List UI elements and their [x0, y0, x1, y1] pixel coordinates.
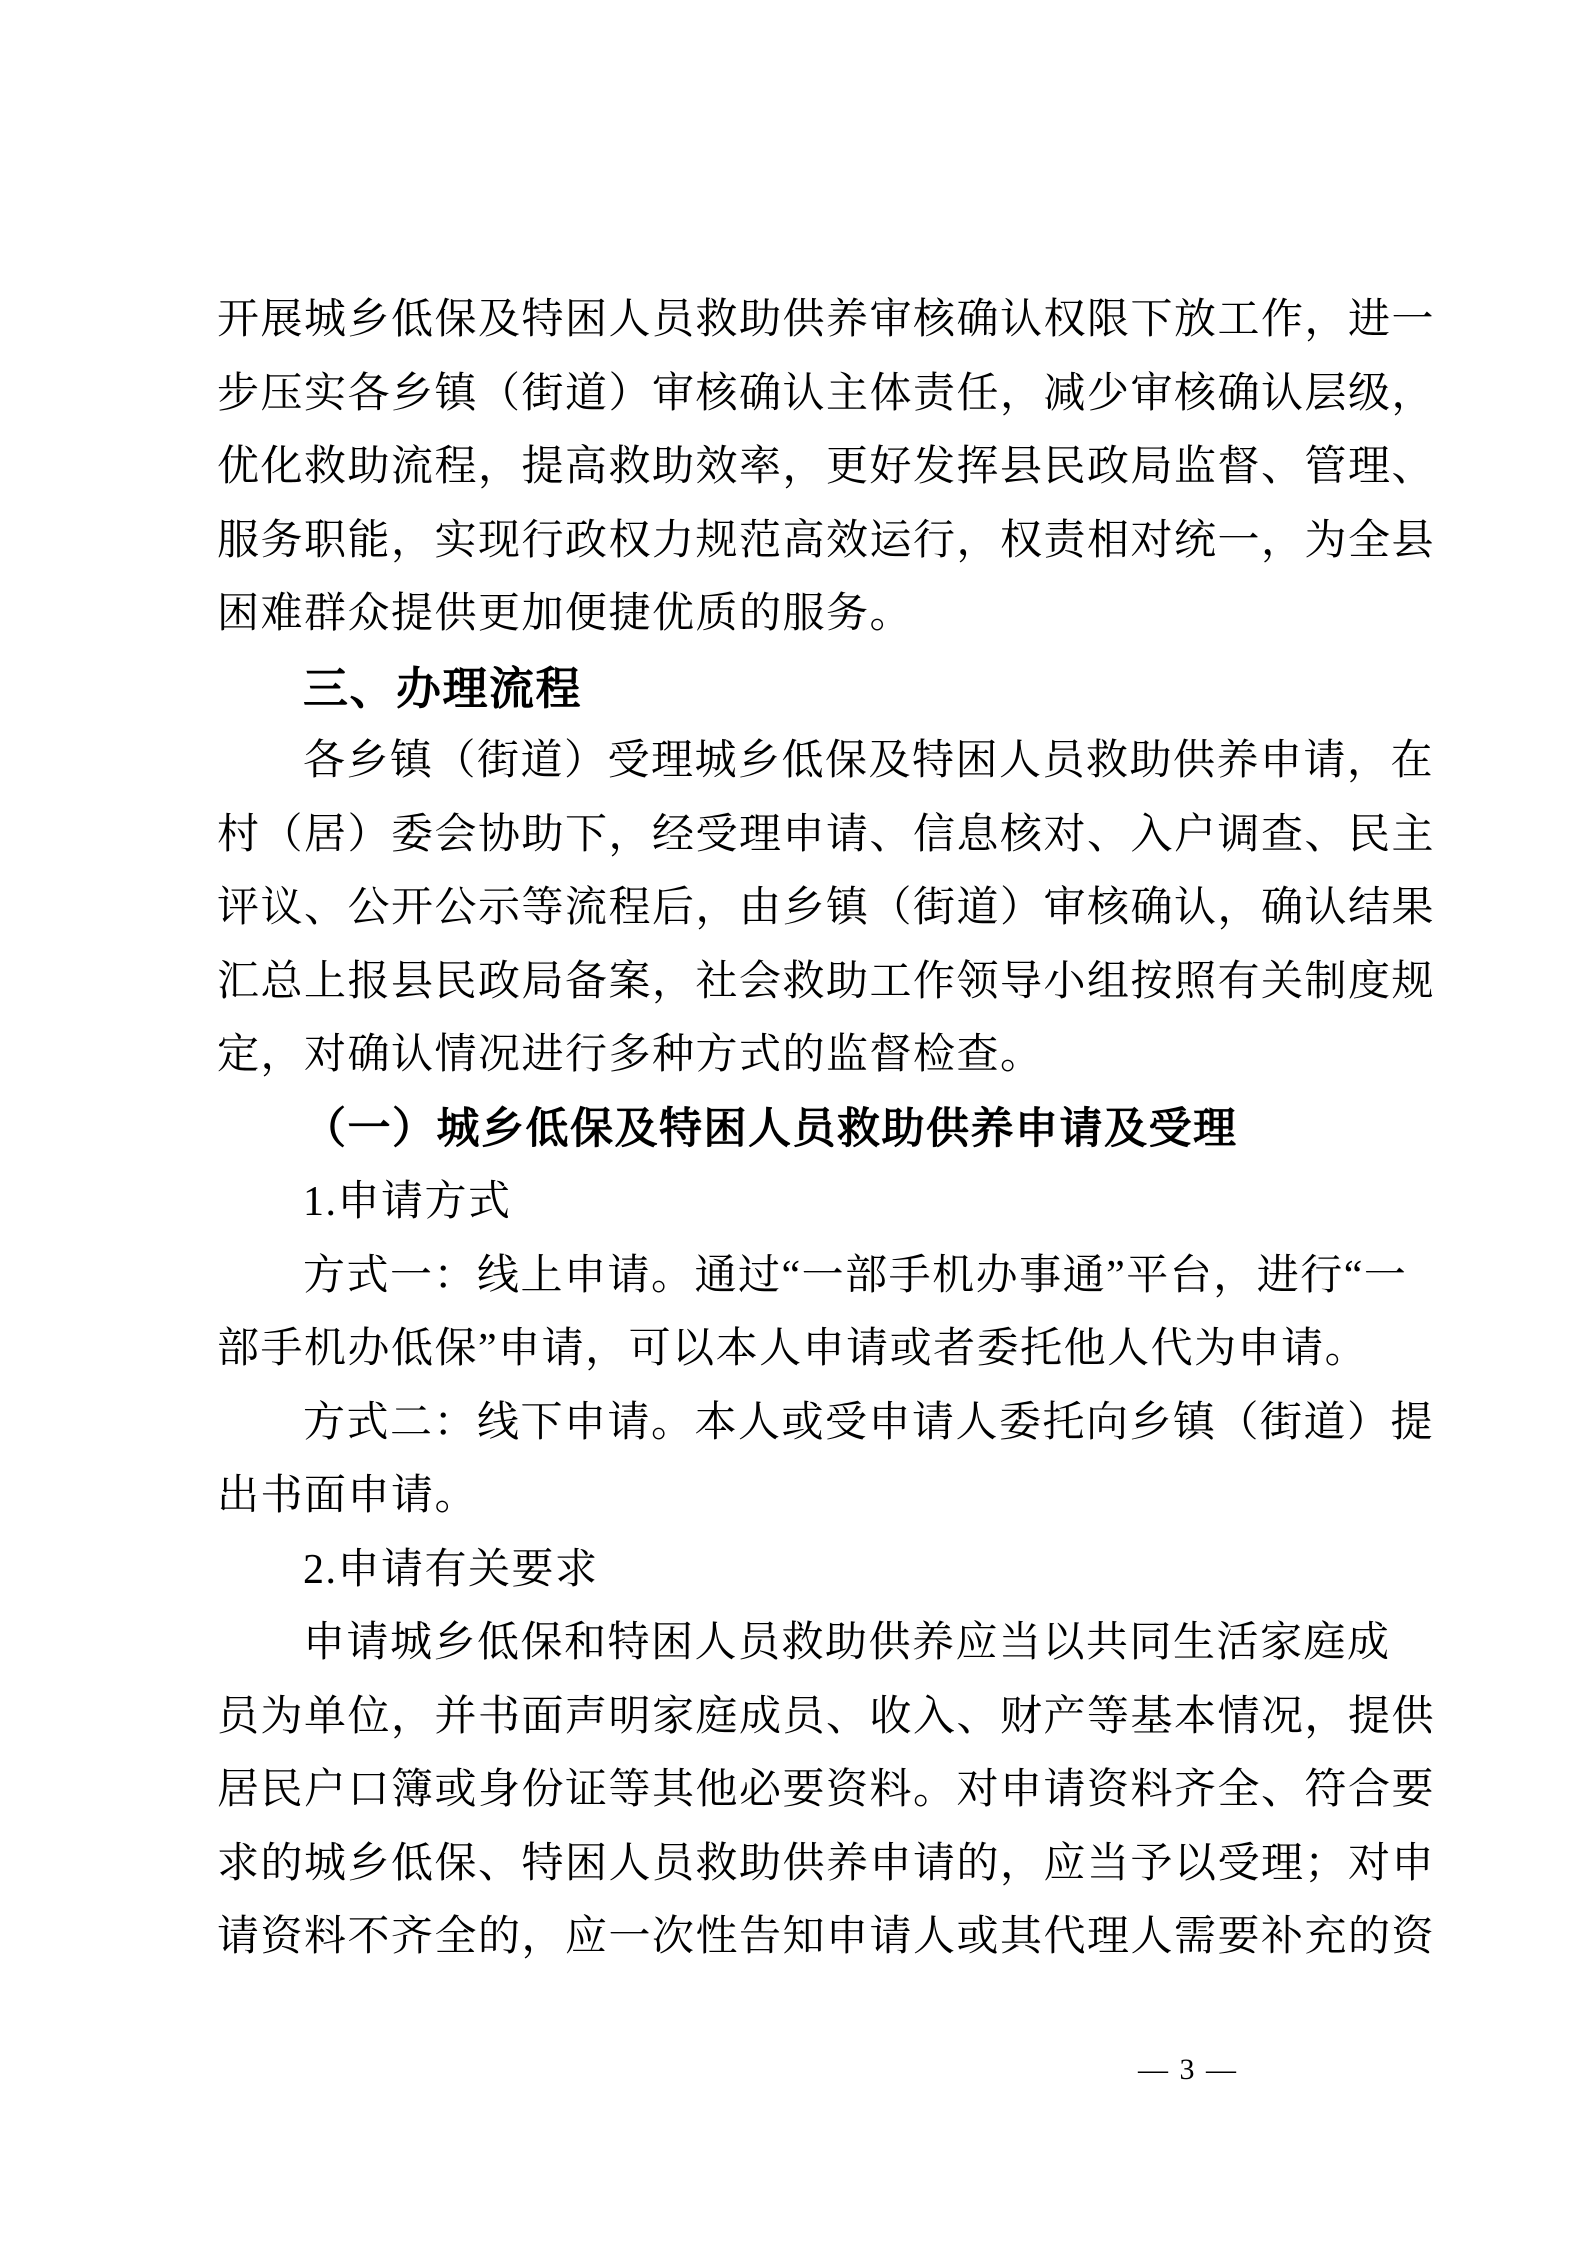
subsection-heading: （一）城乡低保及特困人员救助供养申请及受理 — [217, 1093, 1402, 1167]
paragraph-line: 评议、公开公示等流程后，由乡镇（街道）审核确认，确认结果 — [217, 872, 1402, 946]
paragraph-line: 各乡镇（街道）受理城乡低保及特困人员救助供养申请，在 — [217, 725, 1402, 799]
paragraph-line: 方式一：线上申请。通过“一部手机办事通”平台，进行“一 — [217, 1240, 1402, 1314]
paragraph-line: 开展城乡低保及特困人员救助供养审核确认权限下放工作，进一 — [217, 284, 1402, 358]
section-heading: 三、办理流程 — [217, 652, 1402, 726]
paragraph-line: 出书面申请。 — [217, 1460, 1402, 1534]
document-page: 开展城乡低保及特困人员救助供养审核确认权限下放工作，进一 步压实各乡镇（街道）审… — [0, 0, 1587, 2245]
paragraph-line: 居民户口簿或身份证等其他必要资料。对申请资料齐全、符合要 — [217, 1754, 1402, 1828]
paragraph-line: 部手机办低保”申请，可以本人申请或者委托他人代为申请。 — [217, 1313, 1402, 1387]
paragraph-line: 求的城乡低保、特困人员救助供养申请的，应当予以受理；对申 — [217, 1828, 1402, 1902]
paragraph-line: 请资料不齐全的，应一次性告知申请人或其代理人需要补充的资 — [217, 1901, 1402, 1975]
paragraph-line: 申请城乡低保和特困人员救助供养应当以共同生活家庭成 — [217, 1607, 1402, 1681]
paragraph-line: 汇总上报县民政局备案，社会救助工作领导小组按照有关制度规 — [217, 946, 1402, 1020]
paragraph-line: 步压实各乡镇（街道）审核确认主体责任，减少审核确认层级， — [217, 358, 1402, 432]
paragraph-line: 方式二：线下申请。本人或受申请人委托向乡镇（街道）提 — [217, 1387, 1402, 1461]
document-text-block: 开展城乡低保及特困人员救助供养审核确认权限下放工作，进一 步压实各乡镇（街道）审… — [217, 284, 1402, 1975]
paragraph-line: 村（居）委会协助下，经受理申请、信息核对、入户调查、民主 — [217, 799, 1402, 873]
page-number: — 3 — — [1138, 2053, 1238, 2087]
list-item-heading: 2.申请有关要求 — [217, 1534, 1402, 1608]
paragraph-line: 定，对确认情况进行多种方式的监督检查。 — [217, 1019, 1402, 1093]
paragraph-line: 服务职能，实现行政权力规范高效运行，权责相对统一，为全县 — [217, 505, 1402, 579]
paragraph-line: 困难群众提供更加便捷优质的服务。 — [217, 578, 1402, 652]
paragraph-line: 员为单位，并书面声明家庭成员、收入、财产等基本情况，提供 — [217, 1681, 1402, 1755]
paragraph-line: 优化救助流程，提高救助效率，更好发挥县民政局监督、管理、 — [217, 431, 1402, 505]
list-item-heading: 1.申请方式 — [217, 1166, 1402, 1240]
